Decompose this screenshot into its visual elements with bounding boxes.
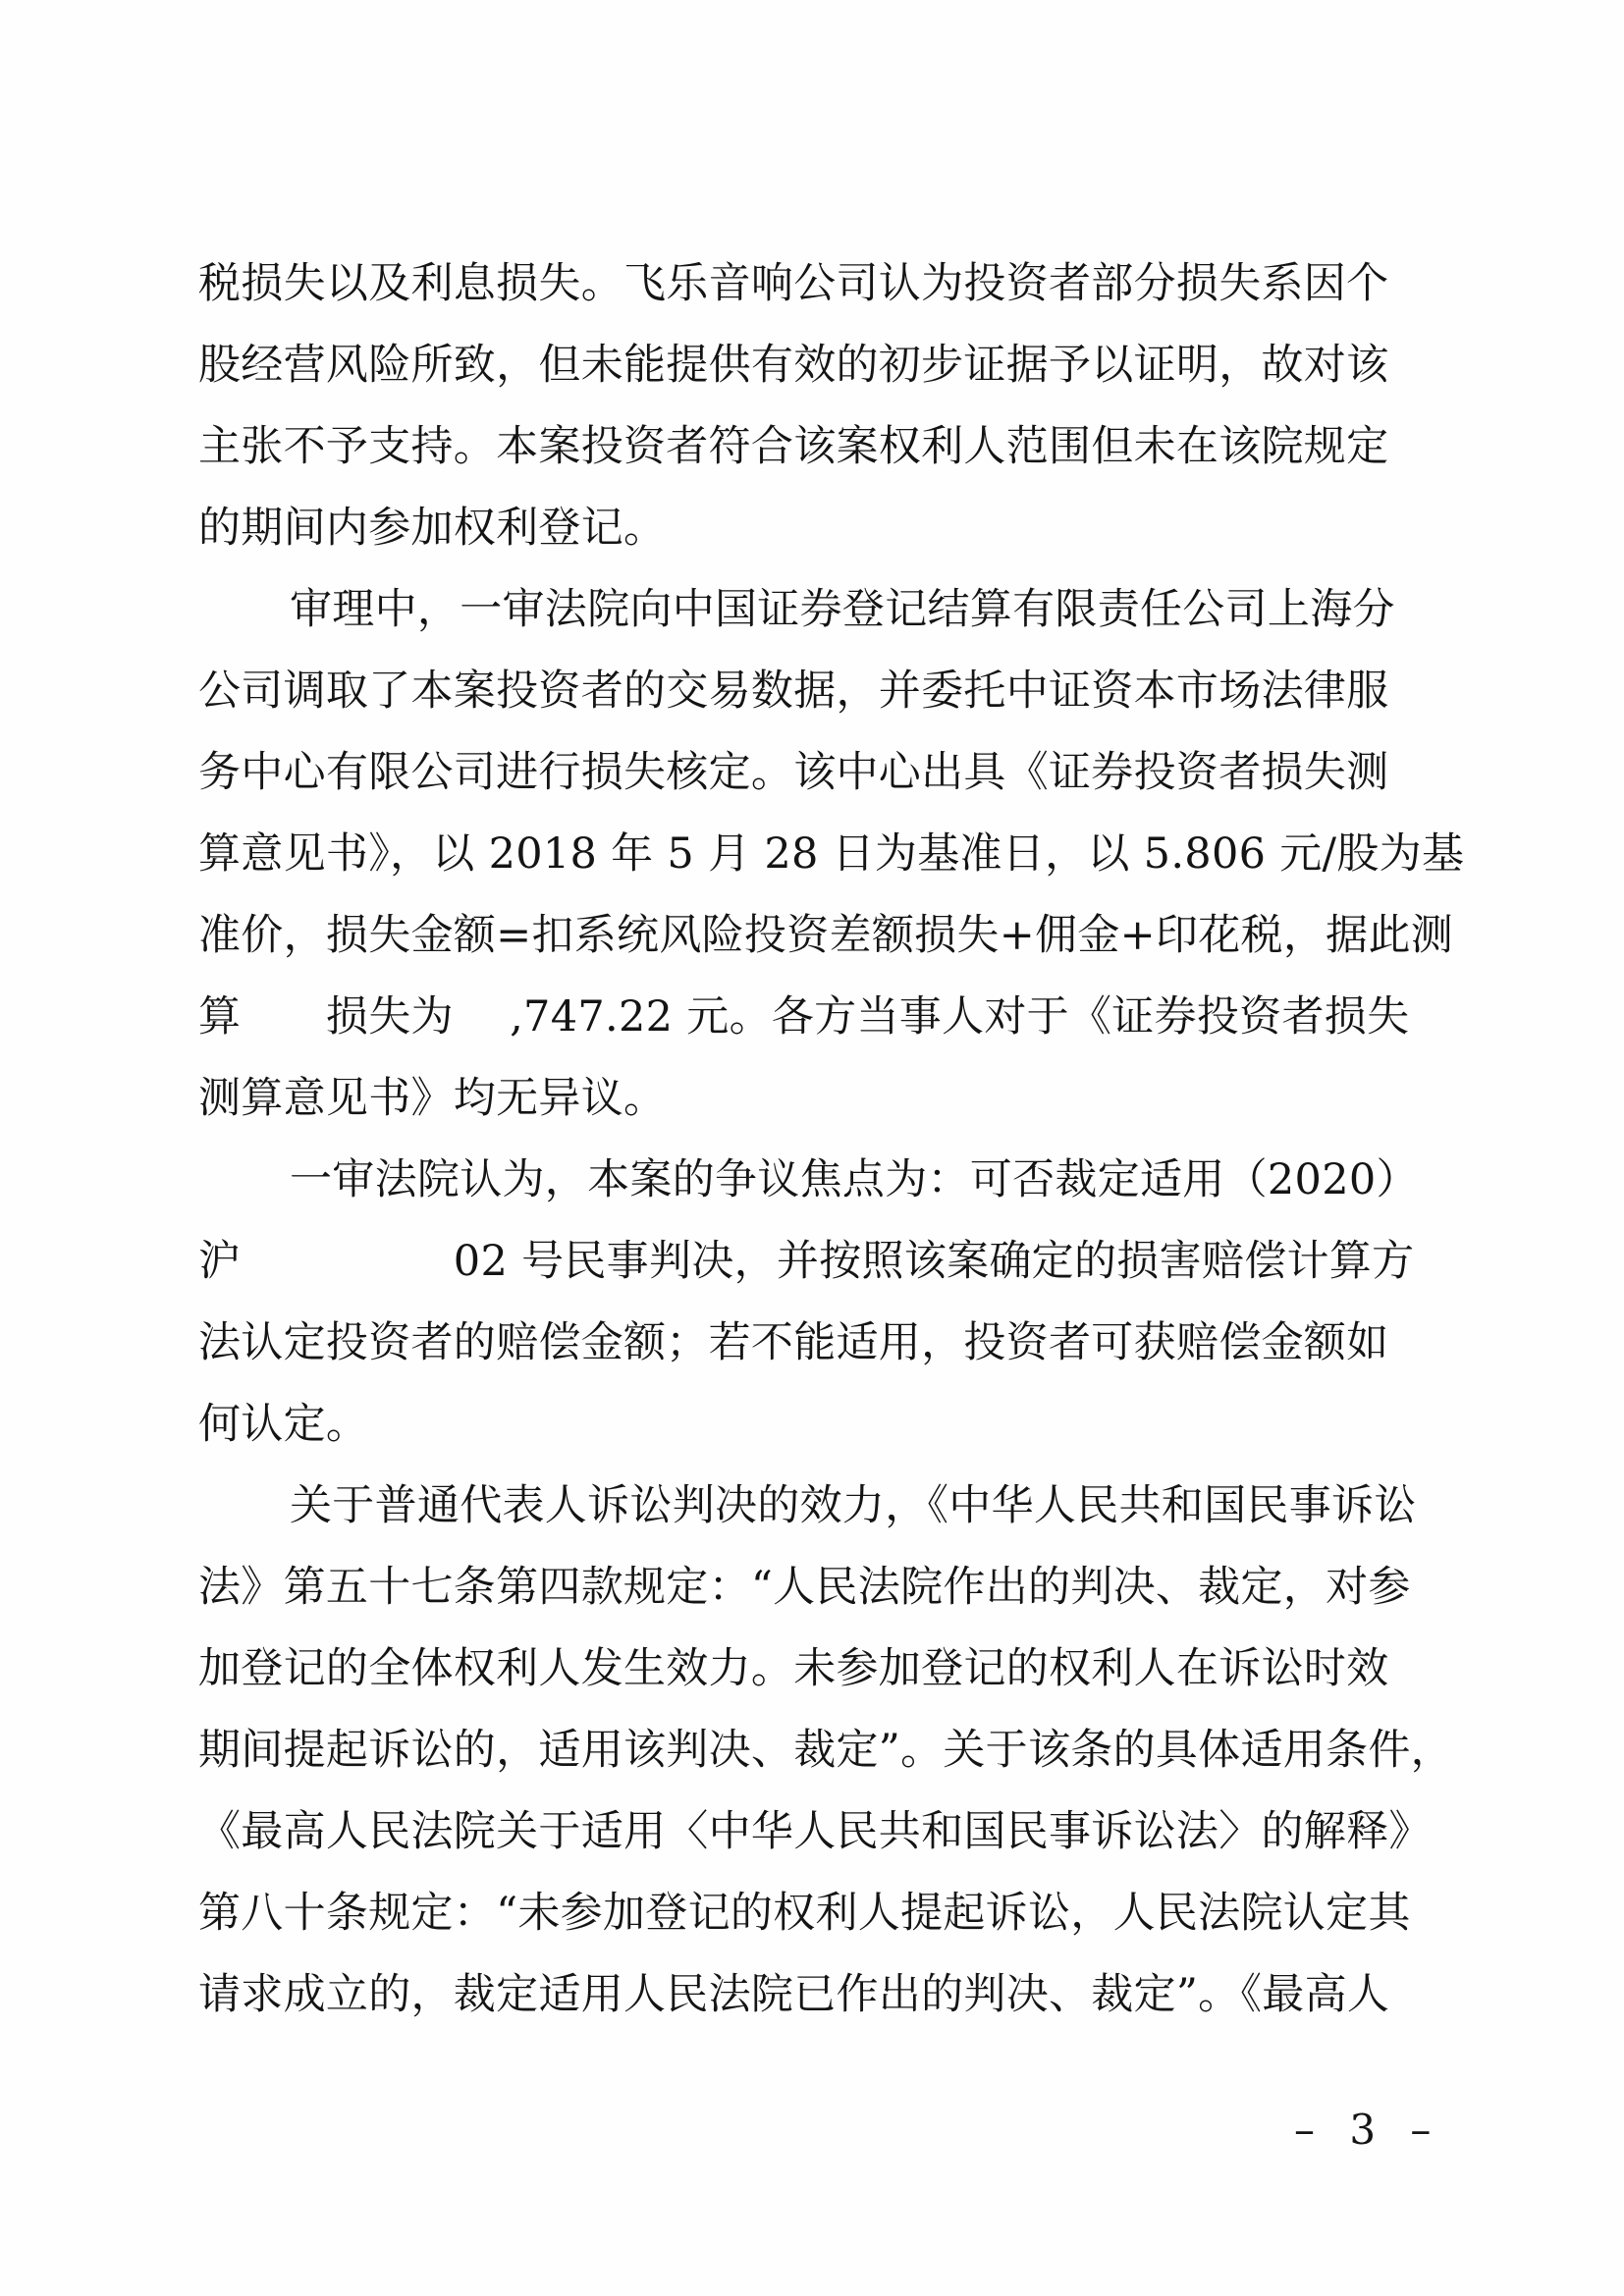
judgment-text-block: 税损失以及利息损失。飞乐音响公司认为投资者部分损失系因个 股经营风险所致，但未能… [198,243,1428,2036]
body-line: 算 损失为 ,747.22 元。各方当事人对于《证券投资者损失 [198,977,1428,1058]
body-line: 的期间内参加权利登记。 [198,488,1428,569]
body-line: 沪 02 号民事判决，并按照该案确定的损害赔偿计算方 [198,1221,1428,1303]
body-line: 准价，损失金额=扣系统风险投资差额损失+佣金+印花税，据此测 [198,895,1428,977]
body-line: 法》第五十七条第四款规定：“人民法院作出的判决、裁定，对参 [198,1547,1428,1629]
document-page: 税损失以及利息损失。飞乐音响公司认为投资者部分损失系因个 股经营风险所致，但未能… [0,0,1624,2296]
body-line: 何认定。 [198,1384,1428,1466]
body-line: 主张不予支持。本案投资者符合该案权利人范围但未在该院规定 [198,406,1428,488]
body-line: 《最高人民法院关于适用〈中华人民共和国民事诉讼法〉的解释》 [198,1791,1428,1873]
body-line: 审理中，一审法院向中国证券登记结算有限责任公司上海分 [198,569,1428,651]
body-line: 加登记的全体权利人发生效力。未参加登记的权利人在诉讼时效 [198,1629,1428,1710]
body-line: 测算意见书》均无异议。 [198,1058,1428,1140]
page-number: – 3 – [1294,2107,1441,2154]
body-line: 公司调取了本案投资者的交易数据，并委托中证资本市场法律服 [198,651,1428,732]
body-line: 关于普通代表人诉讼判决的效力，《中华人民共和国民事诉讼 [198,1466,1428,1547]
body-line: 请求成立的，裁定适用人民法院已作出的判决、裁定”。《最高人 [198,1954,1428,2036]
body-line: 税损失以及利息损失。飞乐音响公司认为投资者部分损失系因个 [198,243,1428,325]
body-line: 一审法院认为，本案的争议焦点为：可否裁定适用（2020） [198,1140,1428,1221]
body-line: 股经营风险所致，但未能提供有效的初步证据予以证明，故对该 [198,325,1428,406]
body-line: 算意见书》，以 2018 年 5 月 28 日为基准日，以 5.806 元/股为… [198,814,1428,895]
body-line: 期间提起诉讼的，适用该判决、裁定”。关于该条的具体适用条件， [198,1710,1428,1791]
body-line: 务中心有限公司进行损失核定。该中心出具《证券投资者损失测 [198,732,1428,814]
body-line: 法认定投资者的赔偿金额；若不能适用，投资者可获赔偿金额如 [198,1303,1428,1384]
body-line: 第八十条规定：“未参加登记的权利人提起诉讼，人民法院认定其 [198,1873,1428,1954]
